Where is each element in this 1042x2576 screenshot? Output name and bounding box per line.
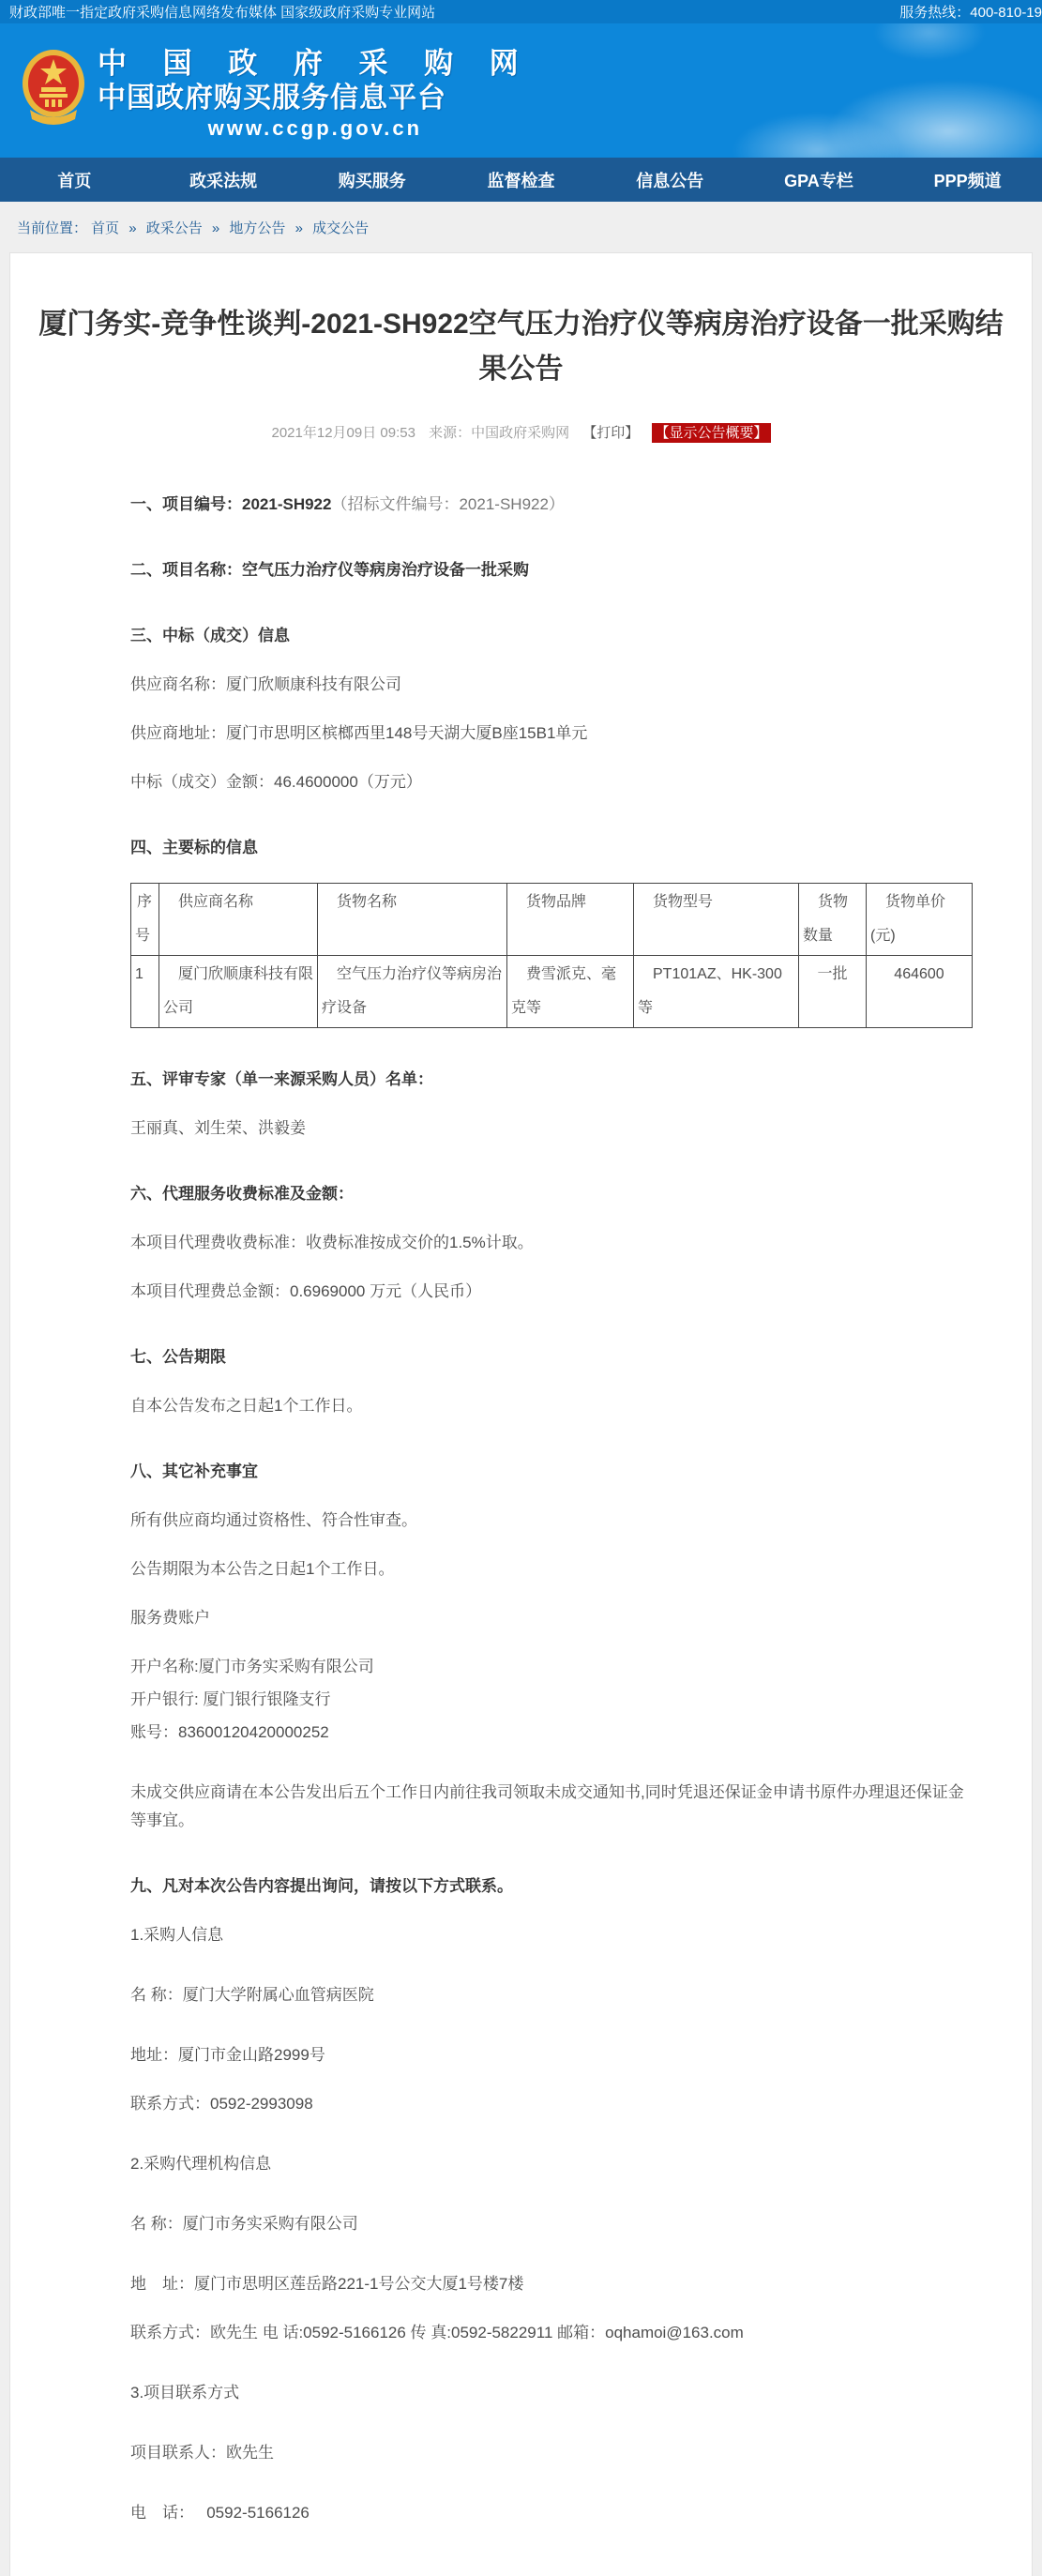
cell-brand: 费雪派克、毫克等	[507, 956, 634, 1028]
account-bank: 开户银行: 厦门银行银隆支行	[130, 1686, 972, 1714]
service-hotline: 服务热线：400-810-19	[899, 2, 1042, 22]
breadcrumb-separator: »	[295, 220, 303, 236]
cell-serial: 1	[131, 956, 159, 1028]
publish-datetime: 2021年12月09日 09:53	[271, 425, 415, 441]
account-name: 开户名称:厦门市务实采购有限公司	[130, 1653, 972, 1681]
section-4-main-subject: 四、主要标的信息	[130, 834, 972, 862]
agency-fee-total: 本项目代理费总金额：0.6969000 万元（人民币）	[130, 1278, 972, 1306]
section-9-contact: 九、凡对本次公告内容提出询问，请按以下方式联系。	[130, 1872, 972, 1901]
col-brand: 货物品牌	[507, 884, 634, 956]
site-logo-link[interactable]: 中 国 政 府 采 购 网 中国政府购买服务信息平台 www.ccgp.gov.…	[0, 23, 525, 158]
supplementary-review: 所有供应商均通过资格性、符合性审查。	[130, 1507, 972, 1535]
purchaser-name: 名 称：厦门大学附属心血管病医院	[130, 1981, 972, 2009]
slogan-text: 财政部唯一指定政府采购信息网络发布媒体 国家级政府采购专业网站	[9, 2, 435, 22]
breadcrumb-item-award-notices[interactable]: 成交公告	[312, 220, 369, 236]
brand-block: 中 国 政 府 采 购 网 中国政府购买服务信息平台 www.ccgp.gov.…	[98, 46, 533, 142]
project-contact-person: 项目联系人：欧先生	[130, 2439, 972, 2467]
col-model: 货物型号	[634, 884, 799, 956]
agency-name: 名 称：厦门市务实采购有限公司	[130, 2210, 972, 2238]
col-serial: 序号	[131, 884, 159, 956]
section-8-supplementary: 八、其它补充事宜	[130, 1458, 972, 1486]
col-supplier: 供应商名称	[159, 884, 318, 956]
experts-list: 王丽真、刘生荣、洪毅姜	[130, 1114, 972, 1143]
project-contact-phone: 电 话： 0592-5166126	[130, 2499, 972, 2527]
purchaser-address: 地址：厦门市金山路2999号	[130, 2041, 972, 2069]
col-quantity: 货物数量	[799, 884, 867, 956]
breadcrumb-separator: »	[128, 220, 136, 236]
article-body: 一、项目编号：2021-SH922（招标文件编号：2021-SH922） 二、项…	[130, 491, 972, 2527]
section-7-notice-period: 七、公告期限	[130, 1343, 972, 1371]
nav-item-ppp[interactable]: PPP频道	[893, 168, 1042, 192]
notice-period-text: 自本公告发布之日起1个工作日。	[130, 1392, 972, 1420]
cloud-decoration	[873, 23, 986, 61]
supplier-name: 供应商名称：厦门欣顺康科技有限公司	[130, 671, 972, 699]
cell-unit-price: 464600	[867, 956, 973, 1028]
nav-item-supervision[interactable]: 监督检查	[446, 168, 596, 192]
cell-supplier: 厦门欣顺康科技有限公司	[159, 956, 318, 1028]
main-nav: 首页 政采法规 购买服务 监督检查 信息公告 GPA专栏 PPP频道	[0, 158, 1042, 202]
supplier-address: 供应商地址：厦门市思明区槟榔西里148号天湖大厦B座15B1单元	[130, 720, 972, 748]
site-subtitle: 中国政府购买服务信息平台	[98, 82, 533, 115]
nav-item-home[interactable]: 首页	[0, 168, 149, 192]
award-amount: 中标（成交）金额：46.4600000（万元）	[130, 768, 972, 796]
article-panel: 厦门务实-竞争性谈判-2021-SH922空气压力治疗仪等病房治疗设备一批采购结…	[9, 252, 1033, 2576]
breadcrumb-item-procurement-notices[interactable]: 政采公告	[146, 220, 203, 236]
col-unit-price: 货物单价(元)	[867, 884, 973, 956]
service-account-title: 服务费账户	[130, 1604, 972, 1632]
top-slogan-bar: 财政部唯一指定政府采购信息网络发布媒体 国家级政府采购专业网站 服务热线：400…	[0, 0, 1042, 23]
section-2-project-name: 二、项目名称：空气压力治疗仪等病房治疗设备一批采购	[130, 556, 972, 584]
section-5-experts: 五、评审专家（单一来源采购人员）名单：	[130, 1066, 972, 1094]
project-contact-title: 3.项目联系方式	[130, 2379, 972, 2407]
supplementary-period: 公告期限为本公告之日起1个工作日。	[130, 1555, 972, 1583]
table-header-row: 序号 供应商名称 货物名称 货物品牌 货物型号 货物数量 货物单价(元)	[131, 884, 973, 956]
section-1-project-number: 一、项目编号：2021-SH922（招标文件编号：2021-SH922）	[130, 491, 972, 519]
nav-item-regulations[interactable]: 政采法规	[149, 168, 298, 192]
cell-model: PT101AZ、HK-300等	[634, 956, 799, 1028]
breadcrumb-separator: »	[212, 220, 219, 236]
page: 财政部唯一指定政府采购信息网络发布媒体 国家级政府采购专业网站 服务热线：400…	[0, 0, 1042, 2576]
nav-item-gpa[interactable]: GPA专栏	[745, 168, 894, 192]
section-6-agency-fee: 六、代理服务收费标准及金额：	[130, 1180, 972, 1208]
section-3-award-info: 三、中标（成交）信息	[130, 622, 972, 650]
col-goods-name: 货物名称	[318, 884, 507, 956]
refund-note: 未成交供应商请在本公告发出后五个工作日内前往我司领取未成交通知书,同时凭退还保证…	[130, 1779, 972, 1835]
agency-info-title: 2.采购代理机构信息	[130, 2150, 972, 2178]
cell-goods-name: 空气压力治疗仪等病房治疗设备	[318, 956, 507, 1028]
national-emblem-icon	[21, 48, 86, 125]
agency-fee-standard: 本项目代理费收费标准：收费标准按成交价的1.5%计取。	[130, 1229, 972, 1257]
site-name: 中 国 政 府 采 购 网	[98, 46, 533, 82]
breadcrumb: 当前位置：首页 » 政采公告 » 地方公告 » 成交公告	[0, 202, 1042, 252]
agency-address: 地 址：厦门市思明区莲岳路221-1号公交大厦1号楼7楼	[130, 2270, 972, 2298]
nav-item-announcements[interactable]: 信息公告	[596, 168, 745, 192]
breadcrumb-label: 当前位置：	[17, 220, 87, 236]
breadcrumb-item-home[interactable]: 首页	[91, 220, 119, 236]
purchaser-info-title: 1.采购人信息	[130, 1921, 972, 1949]
goods-table: 序号 供应商名称 货物名称 货物品牌 货物型号 货物数量 货物单价(元) 1 厦…	[130, 883, 973, 1028]
article-meta: 2021年12月09日 09:53 来源：中国政府采购网 【打印】 【显示公告概…	[10, 422, 1032, 442]
masthead: 中 国 政 府 采 购 网 中国政府购买服务信息平台 www.ccgp.gov.…	[0, 23, 1042, 158]
print-button[interactable]: 【打印】	[582, 425, 639, 441]
cell-quantity: 一批	[799, 956, 867, 1028]
site-url: www.ccgp.gov.cn	[98, 115, 533, 142]
table-row: 1 厦门欣顺康科技有限公司 空气压力治疗仪等病房治疗设备 费雪派克、毫克等 PT…	[131, 956, 973, 1028]
account-number: 账号：83600120420000252	[130, 1719, 972, 1747]
breadcrumb-item-local-notices[interactable]: 地方公告	[229, 220, 285, 236]
purchaser-contact: 联系方式：0592-2993098	[130, 2090, 972, 2118]
show-summary-badge[interactable]: 【显示公告概要】	[652, 423, 770, 443]
nav-item-purchase-services[interactable]: 购买服务	[297, 168, 446, 192]
article-source: 来源：中国政府采购网	[429, 425, 569, 441]
page-title: 厦门务实-竞争性谈判-2021-SH922空气压力治疗仪等病房治疗设备一批采购结…	[33, 302, 1009, 392]
agency-contact: 联系方式：欧先生 电 话:0592-5166126 传 真:0592-58229…	[130, 2319, 972, 2347]
